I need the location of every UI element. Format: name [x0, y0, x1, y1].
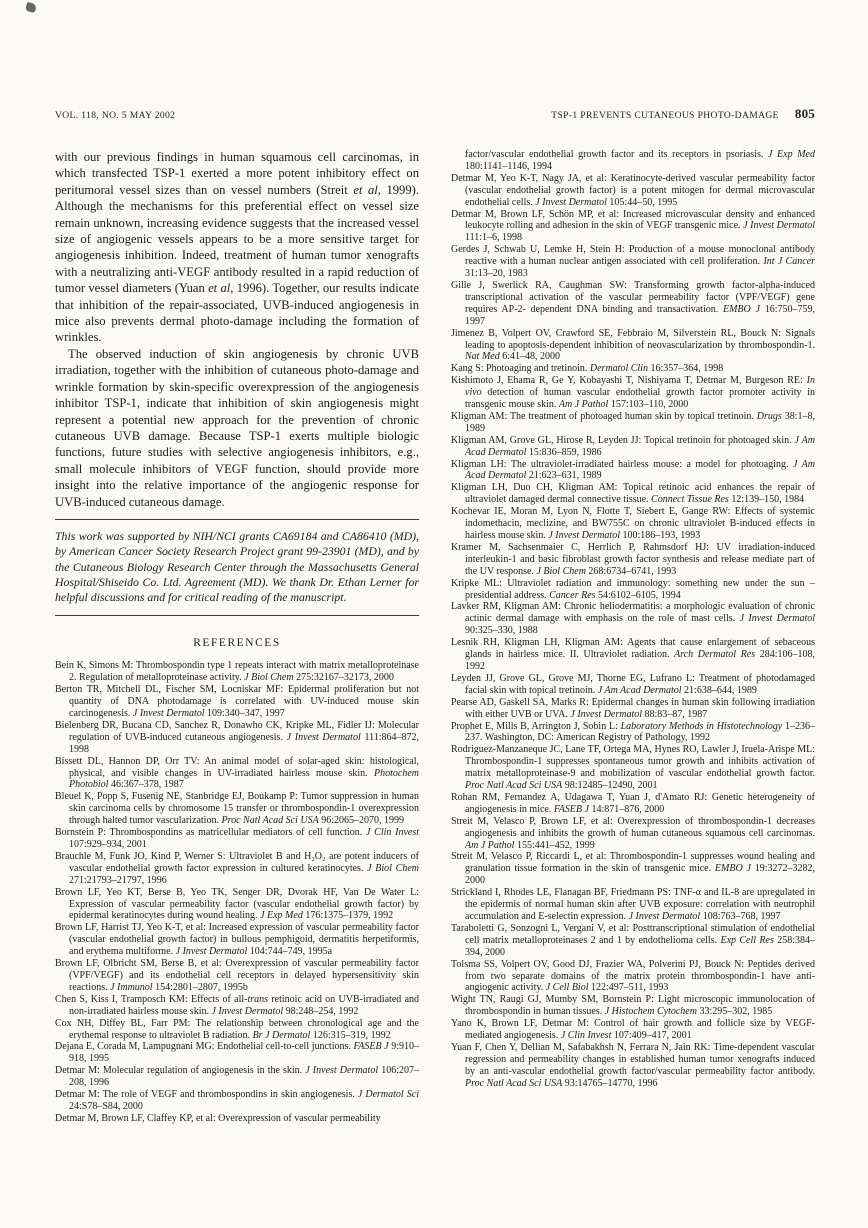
reference-item: Bein K, Simons M: Thrombospondin type 1 …: [55, 660, 419, 684]
running-title: TSP-1 PREVENTS CUTANEOUS PHOTO-DAMAGE: [551, 110, 779, 121]
volume-issue-date: VOL. 118, NO. 5 MAY 2002: [55, 110, 175, 121]
reference-item: Gille J, Swerlick RA, Caughman SW: Trans…: [451, 280, 815, 328]
reference-item: Kochevar IE, Moran M, Lyon N, Flotte T, …: [451, 506, 815, 542]
body-paragraph-1: with our previous findings in human squa…: [55, 149, 419, 346]
reference-item: Detmar M, Yeo K-T, Nagy JA, et al: Kerat…: [451, 173, 815, 209]
reference-item: Leyden JJ, Grove GL, Grove MJ, Thorne EG…: [451, 673, 815, 697]
reference-item: Lesnik RH, Kligman LH, Kligman AM: Agent…: [451, 637, 815, 673]
reference-item: Gerdes J, Schwab U, Lemke H, Stein H: Pr…: [451, 244, 815, 280]
reference-item: Taraboletti G, Sonzogni L, Vergani V, et…: [451, 923, 815, 959]
reference-item: Jimenez B, Volpert OV, Crawford SE, Febb…: [451, 328, 815, 364]
reference-item: Lavker RM, Kligman AM: Chronic helioderm…: [451, 601, 815, 637]
references-heading: REFERENCES: [55, 637, 419, 649]
reference-item: Chen S, Kiss I, Tramposch KM: Effects of…: [55, 994, 419, 1018]
page-number: 805: [795, 106, 815, 122]
reference-item: Kligman AM: The treatment of photoaged h…: [451, 411, 815, 435]
two-column-layout: with our previous findings in human squa…: [55, 149, 815, 1125]
reference-item: Rodriguez-Manzaneque JC, Lane TF, Ortega…: [451, 744, 815, 792]
reference-item: Brown LF, Olbricht SM, Berse B, et al: O…: [55, 958, 419, 994]
reference-item: Streit M, Velasco P, Brown LF, et al: Ov…: [451, 816, 815, 852]
reference-item: Pearse AD, Gaskell SA, Marks R: Epiderma…: [451, 697, 815, 721]
reference-item: Kishimoto J, Ehama R, Ge Y, Kobayashi T,…: [451, 375, 815, 411]
reference-item: Kligman LH: The ultraviolet-irradiated h…: [451, 459, 815, 483]
reference-item: Brown LF, Yeo KT, Berse B, Yeo TK, Senge…: [55, 887, 419, 923]
reference-item: Bornstein P: Thrombospondins as matricel…: [55, 827, 419, 851]
reference-item: Detmar M: Molecular regulation of angiog…: [55, 1065, 419, 1089]
reference-item: factor/vascular endothelial growth facto…: [451, 149, 815, 173]
body-paragraph-2: The observed induction of skin angiogene…: [55, 346, 419, 510]
reference-item: Brown LF, Harrist TJ, Yeo K-T, et al: In…: [55, 922, 419, 958]
reference-item: Yuan F, Chen Y, Dellian M, Safabakhsh N,…: [451, 1042, 815, 1090]
reference-item: Bleuel K, Popp S, Fusenig NE, Stanbridge…: [55, 791, 419, 827]
reference-item: Bissett DL, Hannon DP, Orr TV: An animal…: [55, 756, 419, 792]
reference-item: Yano K, Brown LF, Detmar M: Control of h…: [451, 1018, 815, 1042]
reference-item: Kang S: Photoaging and tretinoin. Dermat…: [451, 363, 815, 375]
reference-item: Prophet E, Mills B, Arrington J, Sobin L…: [451, 721, 815, 745]
reference-item: Brauchle M, Funk JO, Kind P, Werner S: U…: [55, 851, 419, 887]
reference-item: Kramer M, Sachsenmaier C, Herrlich P, Ra…: [451, 542, 815, 578]
reference-item: Berton TR, Mitchell DL, Fischer SM, Locn…: [55, 684, 419, 720]
acknowledgments-note: This work was supported by NIH/NCI grant…: [55, 519, 419, 616]
right-column: factor/vascular endothelial growth facto…: [451, 149, 815, 1125]
reference-item: Wight TN, Raugi GJ, Mumby SM, Bornstein …: [451, 994, 815, 1018]
journal-page: VOL. 118, NO. 5 MAY 2002 TSP-1 PREVENTS …: [0, 0, 868, 1228]
reference-item: Kligman LH, Duo CH, Kligman AM: Topical …: [451, 482, 815, 506]
reference-item: Detmar M: The role of VEGF and thrombosp…: [55, 1089, 419, 1113]
reference-item: Tolsma SS, Volpert OV, Good DJ, Frazier …: [451, 959, 815, 995]
reference-item: Detmar M, Brown LF, Claffey KP, et al: O…: [55, 1113, 419, 1125]
running-title-group: TSP-1 PREVENTS CUTANEOUS PHOTO-DAMAGE 80…: [551, 106, 815, 122]
reference-item: Detmar M, Brown LF, Schön MP, et al: Inc…: [451, 209, 815, 245]
left-column: with our previous findings in human squa…: [55, 149, 419, 1125]
reference-item: Kligman AM, Grove GL, Hirose R, Leyden J…: [451, 435, 815, 459]
references-list-right: factor/vascular endothelial growth facto…: [451, 149, 815, 1090]
reference-item: Cox NH, Diffey BL, Farr PM: The relation…: [55, 1018, 419, 1042]
reference-item: Strickland I, Rhodes LE, Flanagan BF, Fr…: [451, 887, 815, 923]
references-list-left: Bein K, Simons M: Thrombospondin type 1 …: [55, 660, 419, 1124]
reference-item: Rohan RM, Fernandez A, Udagawa T, Yuan J…: [451, 792, 815, 816]
scan-artifact: [25, 2, 37, 13]
reference-item: Bielenberg DR, Bucana CD, Sanchez R, Don…: [55, 720, 419, 756]
reference-item: Dejana E, Corada M, Lampugnani MG: Endot…: [55, 1041, 419, 1065]
reference-item: Kripke ML: Ultraviolet radiation and imm…: [451, 578, 815, 602]
running-header: VOL. 118, NO. 5 MAY 2002 TSP-1 PREVENTS …: [55, 106, 815, 122]
reference-item: Streit M, Velasco P, Riccardi L, et al: …: [451, 851, 815, 887]
